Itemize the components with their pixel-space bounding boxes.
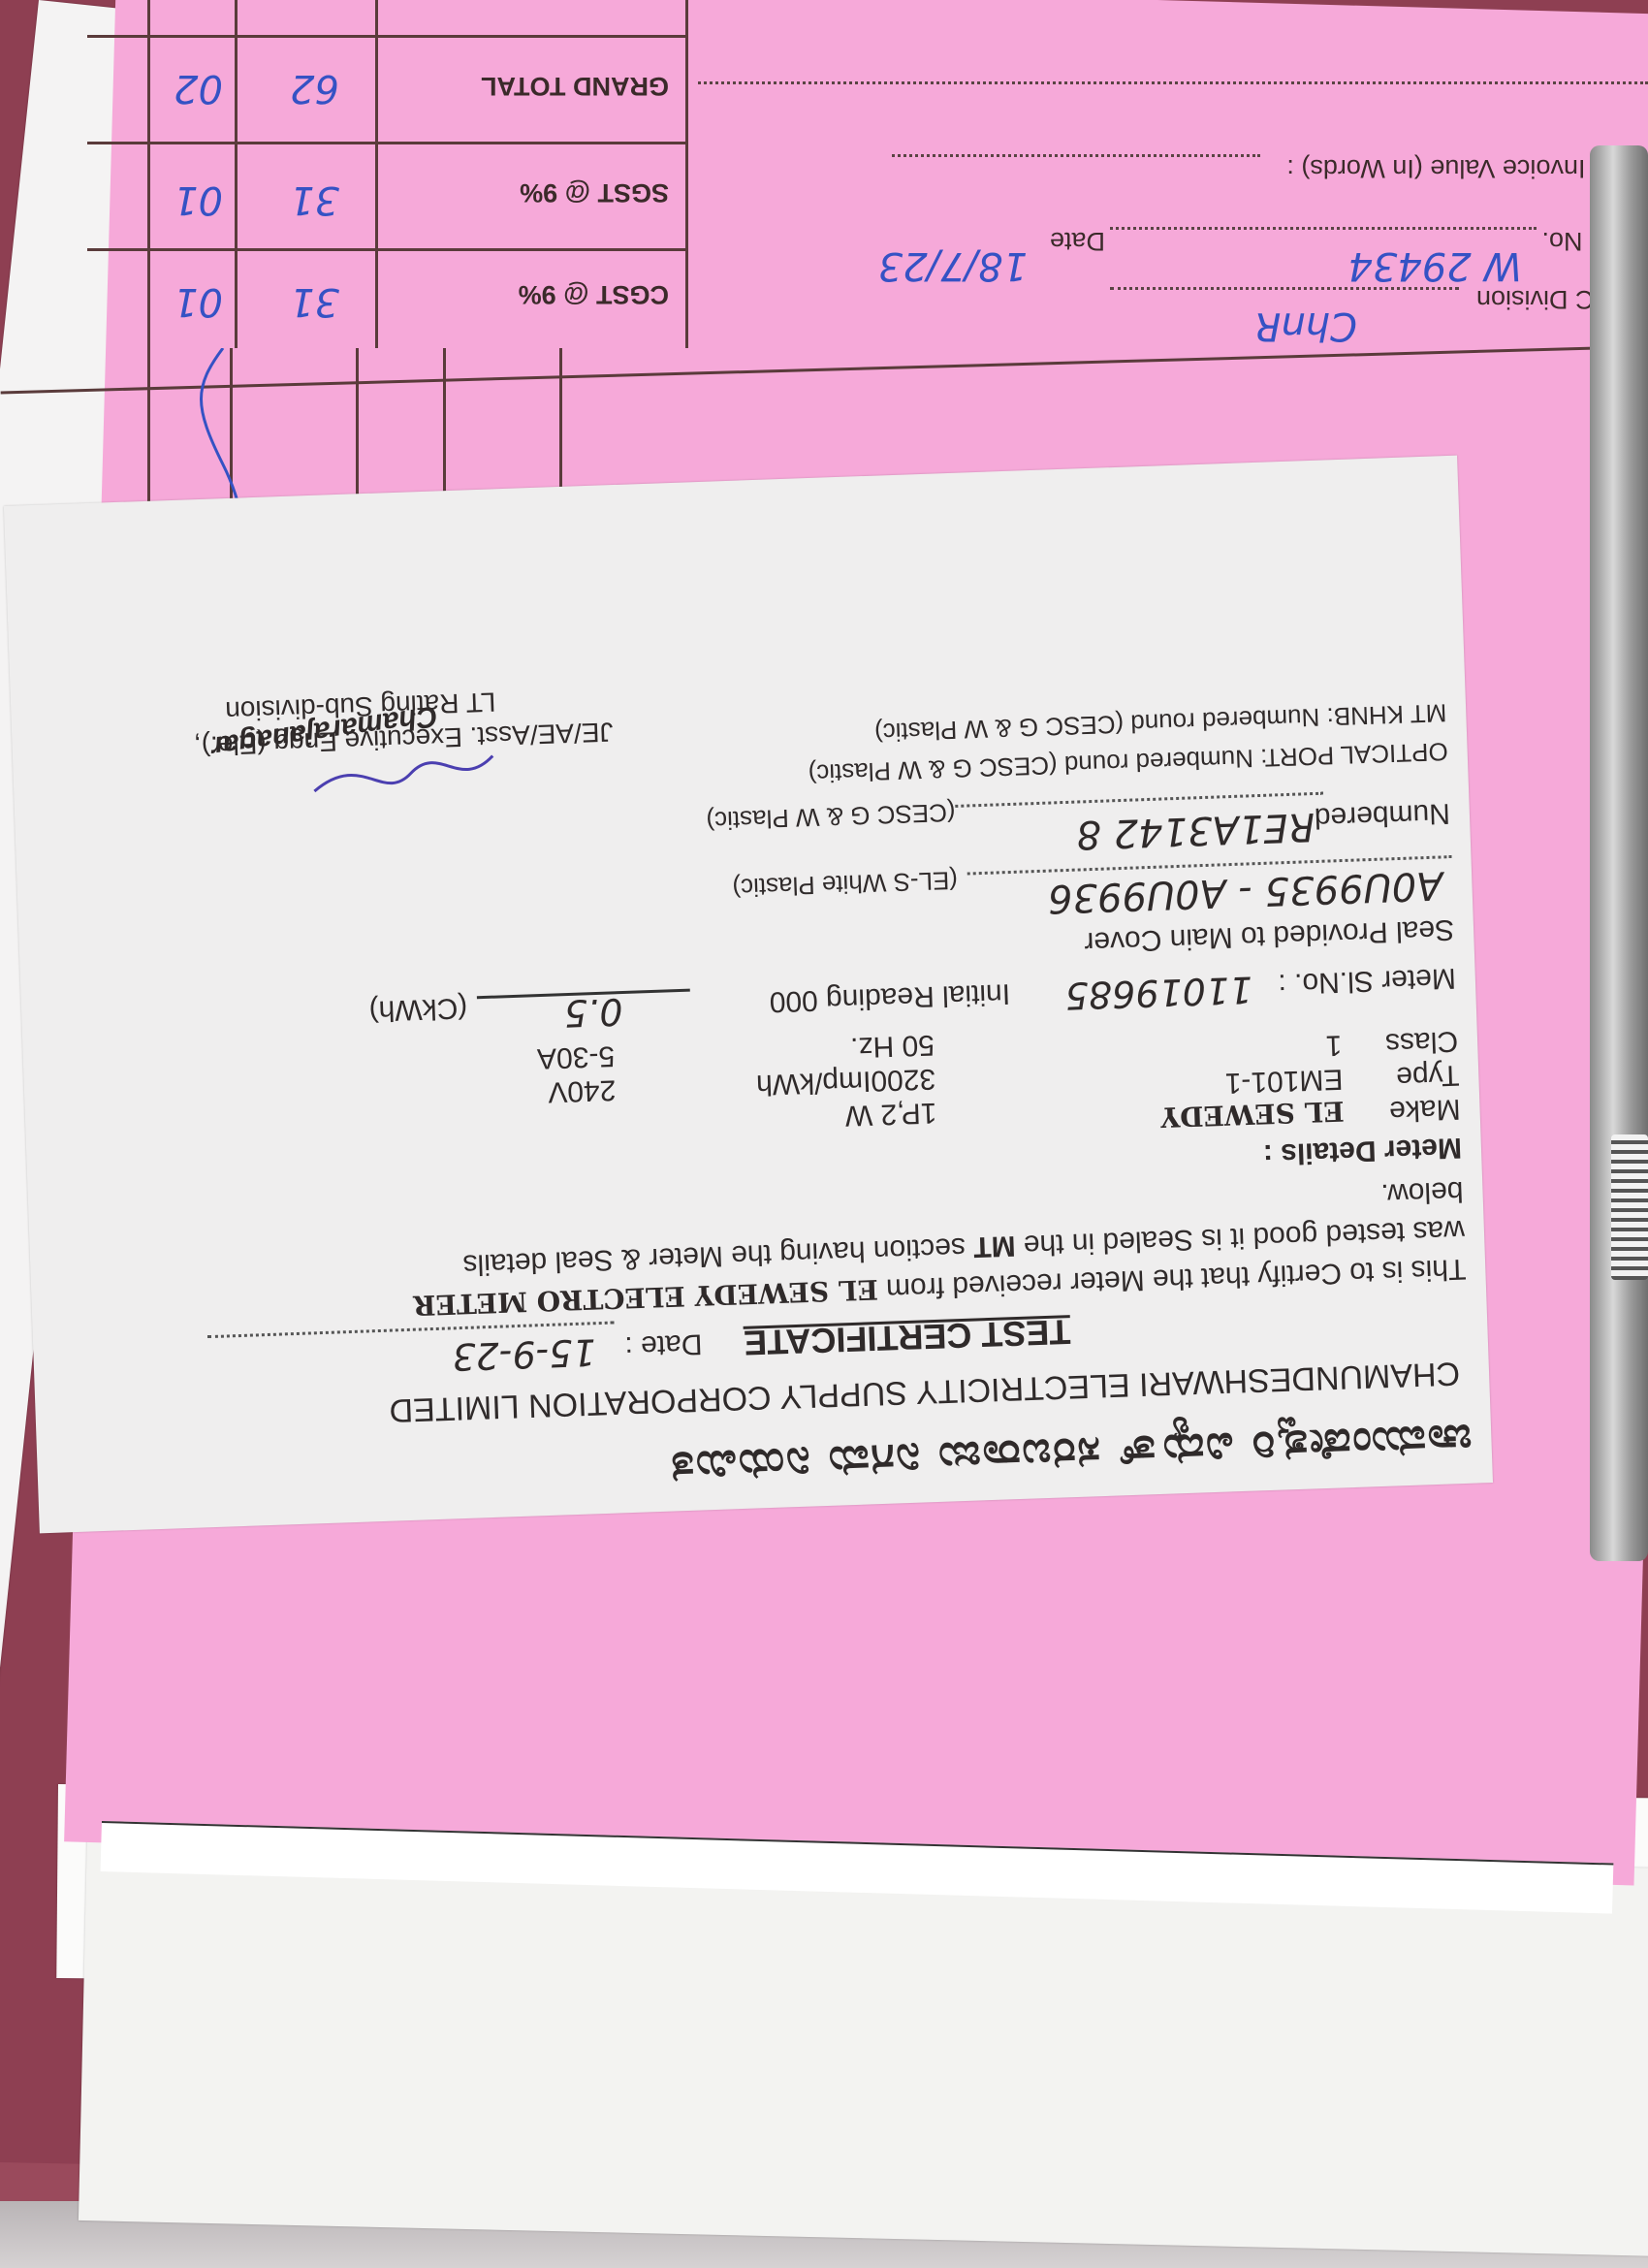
spec-frequency: 50 Hz.	[850, 1028, 935, 1064]
numbered-seal-type: (CESC G & W Plastic)	[706, 797, 956, 836]
type-label: Type	[1396, 1058, 1460, 1093]
numbered-seal-value: RE1A3142 8	[1076, 804, 1315, 857]
initial-reading-label: Initial Reading 000	[769, 976, 1011, 1018]
scanned-document: CESC Division ChnR W.O. No. W 29434 Date…	[0, 0, 1648, 2268]
binder-clip-grip	[1611, 1134, 1648, 1280]
make-value: EL SEWEDY	[1160, 1095, 1345, 1134]
type-value: EM101-1	[1224, 1062, 1344, 1099]
date-label: Date	[1050, 226, 1105, 256]
class-label: Class	[1384, 1024, 1458, 1060]
certificate-title: TEST CERTIFICATE	[743, 1311, 1071, 1363]
wo-date-value: 18/7/23	[878, 243, 1028, 288]
seal-main-cover-type: (EL-S White Plastic)	[732, 865, 959, 903]
rotated-content: CESC Division ChnR W.O. No. W 29434 Date…	[0, 0, 1648, 2268]
signature-mark	[303, 736, 499, 801]
spec-wiring: 1P,2 W	[844, 1096, 937, 1132]
certify-line-3: below.	[1380, 1174, 1464, 1210]
invoice-summary: CESC Division ChnR W.O. No. W 29434 Date…	[0, 0, 1648, 348]
numbered-label: Numbered	[1314, 796, 1450, 834]
date-label: Date :	[624, 1326, 703, 1362]
seal-main-cover-value: A0U9935 - A0U9936	[1047, 862, 1443, 920]
wo-no-value: W 29434	[1347, 243, 1522, 288]
spec-impulse: 3200Imp/kWh	[756, 1062, 936, 1101]
meter-details-heading: Meter Details :	[1262, 1131, 1462, 1170]
initial-reading-value: 0.5	[563, 990, 623, 1035]
meter-slno-label: Meter Sl.No. :	[1278, 961, 1456, 1000]
class-value: 1	[1325, 1028, 1343, 1062]
initial-reading-unit: (CkWh)	[368, 991, 468, 1028]
make-label: Make	[1389, 1092, 1462, 1128]
spec-voltage: 240V	[548, 1072, 617, 1107]
meter-slno-value: 11019685	[1064, 968, 1253, 1017]
seal-main-cover-label: Seal Provided to Main Cover	[1084, 912, 1455, 958]
test-certificate-slip: ಚಾಮುಂಡೇಶ್ವರಿ ವಿದ್ಯುತ್ ಸರಬರಾಜು ನಿಗಮ ನಿಯಮಿ…	[4, 456, 1493, 1534]
spec-current: 5-30A	[536, 1038, 615, 1074]
cesc-division-value: ChnR	[1254, 303, 1357, 348]
company-name-kannada: ಚಾಮುಂಡೇಶ್ವರಿ ವಿದ್ಯುತ್ ಸರಬರಾಜು ನಿಗಮ ನಿಯಮಿ…	[669, 1415, 1473, 1492]
binder-clip	[1590, 145, 1648, 1561]
certificate-date: 15-9-23	[452, 1330, 597, 1378]
